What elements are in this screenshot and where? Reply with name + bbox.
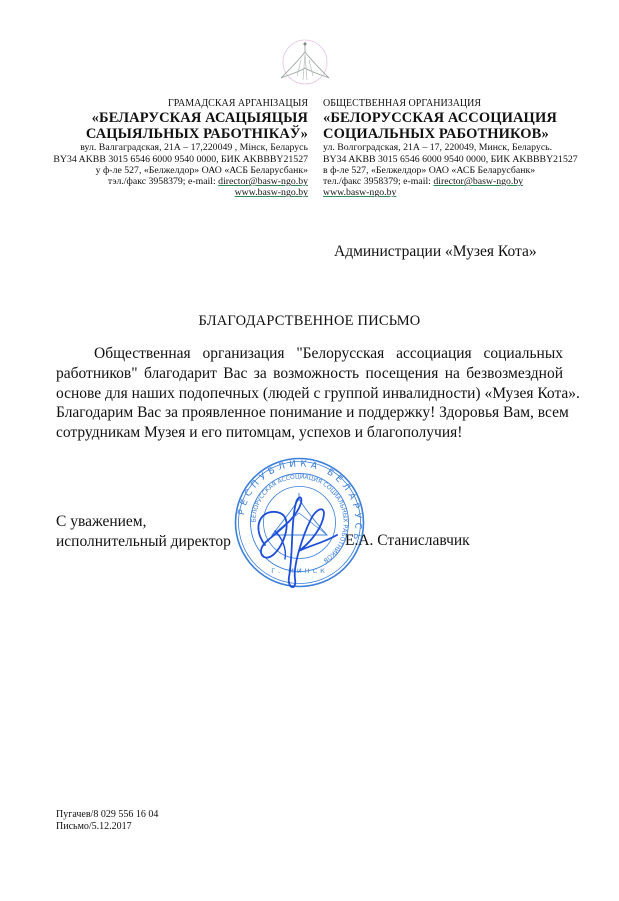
letterhead-belarusian: ГРАМАДСКАЯ АРГАНІЗАЦЫЯ «БЕЛАРУСКАЯ АСАЦЫ…: [53, 98, 308, 199]
contacts-ru: тел./факс 3958379; e-mail: director@basw…: [323, 176, 578, 187]
org-name-line1-be: «БЕЛАРУСКАЯ АСАЦЫЯЦЫЯ: [53, 110, 308, 126]
closing-block: С уважением, исполнительный директор: [56, 512, 231, 552]
org-name-line2-be: САЦЫЯЛЬНЫХ РАБОТНІКАЎ»: [53, 126, 308, 142]
footer-contact: Пугачев/8 029 556 16 04: [56, 809, 158, 821]
letter-title: БЛАГОДАРСТВЕННОЕ ПИСЬМО: [0, 313, 619, 330]
address-be: вул. Валгаградская, 21А – 17,220049 , Мі…: [53, 142, 308, 153]
website-link-ru[interactable]: www.basw-ngo.by: [323, 187, 396, 198]
signer-position: исполнительный директор: [56, 532, 231, 552]
body-line: работников" благодарит Вас за возможност…: [56, 364, 563, 384]
closing-salutation: С уважением,: [56, 512, 231, 532]
org-name-line2-ru: СОЦИАЛЬНЫХ РАБОТНИКОВ»: [323, 126, 578, 142]
signer-name: Е.А. Станиславчик: [345, 532, 470, 550]
website-row-be: www.basw-ngo.by: [53, 187, 308, 198]
org-name-line1-ru: «БЕЛОРУССКАЯ АССОЦИАЦИЯ: [323, 110, 578, 126]
contacts-prefix-ru: тел./факс 3958379; e-mail:: [323, 176, 433, 187]
org-type-ru: ОБЩЕСТВЕННАЯ ОРГАНИЗАЦИЯ: [323, 98, 578, 109]
bank-branch-ru: в ф-ле 527, «Белжелдор» ОАО «АСБ Беларус…: [323, 165, 578, 176]
address-ru: ул. Волгоградская, 21А – 17, 220049, Мин…: [323, 142, 578, 153]
bank-branch-be: у ф-ле 527, «Белжелдор» ОАО «АСБ Беларус…: [53, 165, 308, 176]
body-line: Общественная организация "Белорусская ас…: [56, 344, 563, 364]
body-line: сотрудникам Музея и его питомцам, успехо…: [56, 423, 563, 443]
body-line: Благодарим Вас за проявленное понимание …: [56, 403, 563, 423]
bank-account-be: BY34 AKBB 3015 6546 6000 9540 0000, БИК …: [53, 154, 308, 165]
contacts-prefix-be: тэл./факс 3958379; e-mail:: [108, 176, 218, 187]
footer-block: Пугачев/8 029 556 16 04 Письмо/5.12.2017: [56, 809, 158, 833]
dove-in-circle-logo-icon: [275, 30, 335, 90]
handwritten-signature-icon: [245, 485, 345, 595]
org-type-be: ГРАМАДСКАЯ АРГАНІЗАЦЫЯ: [53, 98, 308, 109]
website-row-ru: www.basw-ngo.by: [323, 187, 578, 198]
letter-body: Общественная организация "Белорусская ас…: [56, 344, 563, 443]
website-link-be[interactable]: www.basw-ngo.by: [235, 187, 308, 198]
footer-letter-date: Письмо/5.12.2017: [56, 821, 158, 833]
contacts-be: тэл./факс 3958379; e-mail: director@basw…: [53, 176, 308, 187]
email-link-be[interactable]: director@basw-ngo.by: [218, 176, 308, 187]
letterhead-russian: ОБЩЕСТВЕННАЯ ОРГАНИЗАЦИЯ «БЕЛОРУССКАЯ АС…: [323, 98, 578, 199]
addressee: Администрации «Музея Кота»: [334, 243, 537, 261]
body-line: основе для наших подопечных (людей с гру…: [56, 384, 563, 404]
bank-account-ru: BY34 AKBB 3015 6546 6000 9540 0000, БИК …: [323, 154, 578, 165]
email-link-ru[interactable]: director@basw-ngo.by: [433, 176, 523, 187]
